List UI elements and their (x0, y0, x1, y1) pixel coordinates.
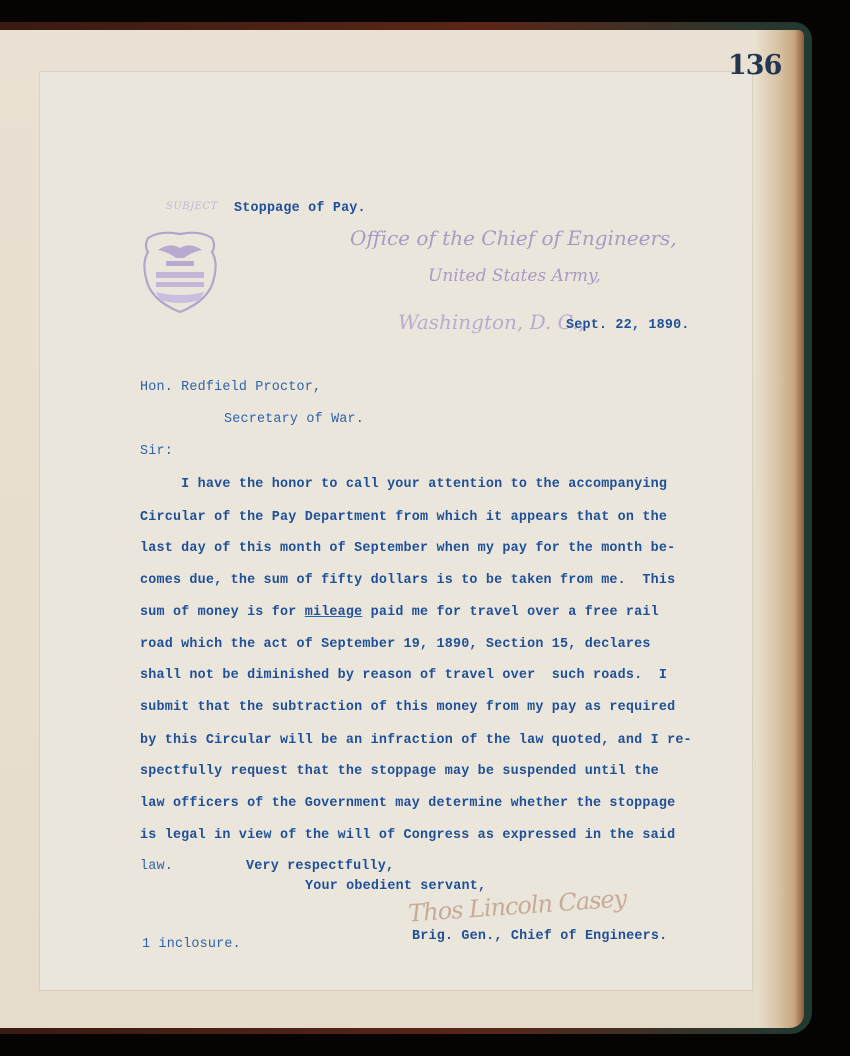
body-line-3: last day of this month of September when… (140, 541, 675, 556)
letter-date: Sept. 22, 1890. (566, 318, 690, 333)
closing-obedient-servant: Your obedient servant, (305, 879, 486, 894)
closing-law: law. (140, 859, 173, 874)
eagle-shield-seal-icon (140, 228, 220, 314)
subject-label: SUBJECT (166, 201, 218, 212)
addressee-name: Hon. Redfield Proctor, (140, 380, 321, 395)
letterhead-army: United States Army, (428, 266, 601, 286)
body-line-5-after: paid me for travel over a free rail (362, 605, 659, 620)
letterhead-place: Washington, D. C., (398, 310, 585, 334)
subject-text: Stoppage of Pay. (234, 201, 366, 216)
body-line-5-before: sum of money is for (140, 605, 305, 620)
page-number: 136 (728, 50, 781, 81)
body-line-8: submit that the subtraction of this mone… (140, 700, 675, 715)
body-line-1: I have the honor to call your attention … (140, 477, 667, 492)
body-line-5: sum of money is for mileage paid me for … (140, 605, 659, 620)
closing-very-respectfully: Very respectfully, (246, 859, 394, 874)
body-line-2: Circular of the Pay Department from whic… (140, 510, 667, 525)
mileage-underlined: mileage (305, 605, 363, 620)
letter-sheet (40, 72, 752, 990)
body-line-7: shall not be diminished by reason of tra… (140, 668, 667, 683)
body-line-9: by this Circular will be an infraction o… (140, 733, 692, 748)
body-line-10: spectfully request that the stoppage may… (140, 764, 659, 779)
enclosure-note: 1 inclosure. (142, 937, 241, 952)
body-line-11: law officers of the Government may deter… (140, 796, 675, 811)
body-line-4: comes due, the sum of fifty dollars is t… (140, 573, 675, 588)
addressee-title: Secretary of War. (224, 412, 364, 427)
signer-title: Brig. Gen., Chief of Engineers. (412, 929, 667, 944)
body-line-12: is legal in view of the will of Congress… (140, 828, 675, 843)
salutation: Sir: (140, 444, 173, 459)
body-line-6: road which the act of September 19, 1890… (140, 637, 651, 652)
page-fore-edge (756, 30, 804, 1028)
letterhead-office: Office of the Chief of Engineers, (350, 226, 677, 250)
